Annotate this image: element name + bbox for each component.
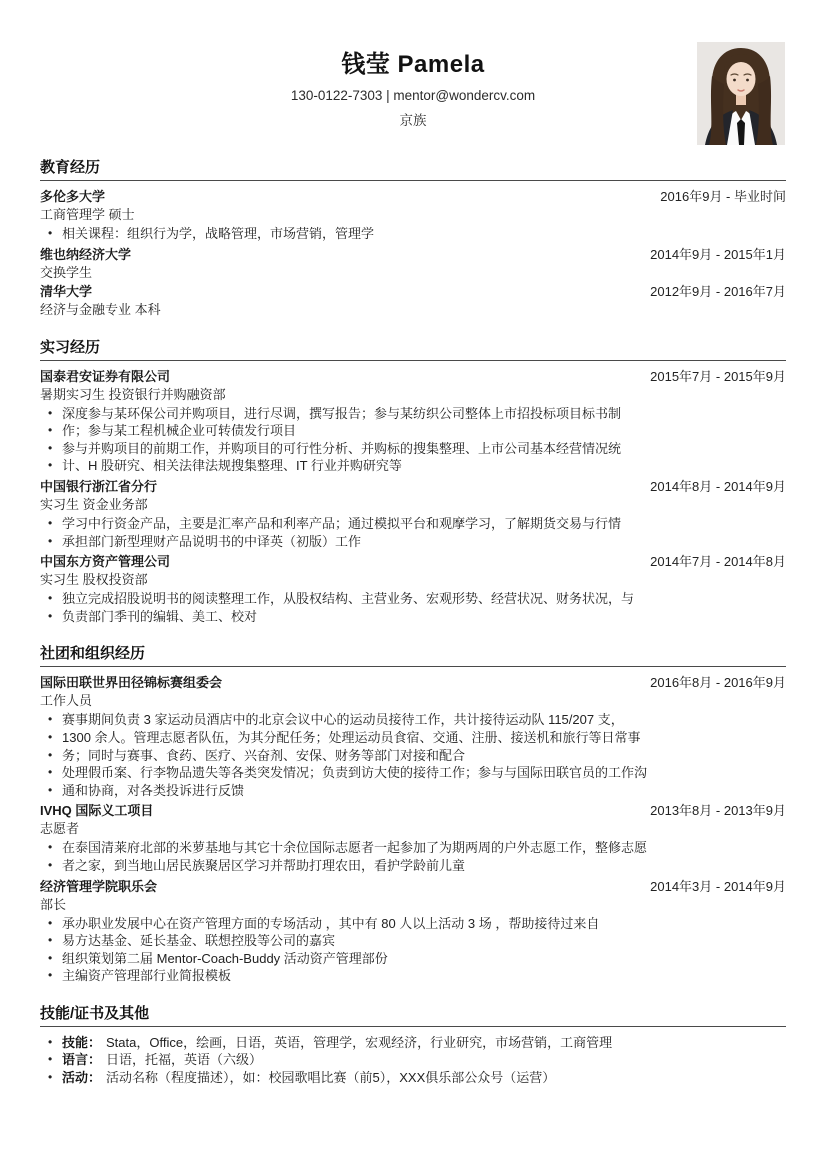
entry-role: 实习生 资金业务部 [40, 496, 786, 514]
bullet-item: 1300 余人。管理志愿者队伍，为其分配任务；处理运动员食宿、交通、注册、接送机… [40, 729, 786, 747]
entry-role: 工作人员 [40, 692, 786, 710]
entry-bullet-list: 独立完成招股说明书的阅读整理工作，从股权结构、主营业务、宏观形势、经营状况、财务… [40, 590, 786, 625]
entry-header: IVHQ 国际义工项目 2013年8月 - 2013年9月 [40, 802, 786, 820]
bullet-text: 者之家，到当地山居民族聚居区学习并帮助打理农田，看护学龄前儿童 [62, 858, 465, 873]
skill-text: 日语，托福，英语（六级） [106, 1052, 262, 1067]
resume-entry: 中国银行浙江省分行 2014年8月 - 2014年9月 实习生 资金业务部 学习… [40, 478, 786, 550]
bullet-text: 1300 余人。管理志愿者队伍，为其分配任务；处理运动员食宿、交通、注册、接送机… [62, 730, 641, 745]
bullet-text: 在泰国清莱府北部的米萝基地与其它十余位国际志愿者一起参加了为期两周的户外志愿工作… [62, 840, 647, 855]
bullet-text: 易方达基金、延长基金、联想控股等公司的嘉宾 [62, 933, 335, 948]
entry-date-range: 2014年3月 - 2014年9月 [650, 878, 786, 896]
entry-date-range: 2014年8月 - 2014年9月 [650, 478, 786, 496]
section-title: 技能/证书及其他 [40, 1002, 786, 1027]
entry-header: 中国银行浙江省分行 2014年8月 - 2014年9月 [40, 478, 786, 496]
bullet-item: 务；同时与赛事、食药、医疗、兴奋剂、安保、财务等部门对接和配合 [40, 747, 786, 765]
entry-date-range: 2016年8月 - 2016年9月 [650, 674, 786, 692]
entry-date-range: 2015年7月 - 2015年9月 [650, 368, 786, 386]
entry-bullet-list: 相关课程：组织行为学，战略管理，市场营销，管理学 [40, 225, 786, 243]
bullet-item: 作；参与某工程机械企业可转债发行项目 [40, 422, 786, 440]
skill-item: 技能：Stata，Office，绘画，日语，英语，管理学，宏观经济，行业研究，市… [40, 1034, 786, 1052]
skill-label: 语言： [62, 1052, 101, 1067]
entry-role: 暑期实习生 投资银行并购融资部 [40, 386, 786, 404]
bullet-item: 承办职业发展中心在资产管理方面的专场活动 ，其中有 80 人以上活动 3 场 ，… [40, 915, 786, 933]
bullet-item: 承担部门新型理财产品说明书的中译英（初版）工作 [40, 533, 786, 551]
entry-organization: 维也纳经济大学 [40, 246, 131, 264]
portrait-photo-icon [697, 42, 785, 145]
resume-header: 钱莹 Pamela 130-0122-7303 | mentor@wonderc… [40, 44, 786, 129]
skill-label: 活动： [62, 1070, 101, 1085]
entry-bullet-list: 深度参与某环保公司并购项目，进行尽调，撰写报告；参与某纺织公司整体上市招投标项目… [40, 405, 786, 475]
resume-entry: 中国东方资产管理公司 2014年7月 - 2014年8月 实习生 股权投资部 独… [40, 553, 786, 625]
entry-date-range: 2014年7月 - 2014年8月 [650, 553, 786, 571]
bullet-text: 参与并购项目的前期工作，并购项目的可行性分析、并购标的搜集整理、上市公司基本经营… [62, 441, 621, 456]
entry-bullet-list: 在泰国清莱府北部的米萝基地与其它十余位国际志愿者一起参加了为期两周的户外志愿工作… [40, 839, 786, 874]
resume-entry: 多伦多大学 2016年9月 - 毕业时间 工商管理学 硕士 相关课程：组织行为学… [40, 188, 786, 243]
skill-text: Stata，Office，绘画，日语，英语，管理学，宏观经济，行业研究，市场营销… [106, 1035, 612, 1050]
resume-entry: 国泰君安证券有限公司 2015年7月 - 2015年9月 暑期实习生 投资银行并… [40, 368, 786, 475]
bullet-item: 易方达基金、延长基金、联想控股等公司的嘉宾 [40, 932, 786, 950]
resume-body: 教育经历 多伦多大学 2016年9月 - 毕业时间 工商管理学 硕士 相关课程：… [40, 156, 786, 1087]
section-body: 国泰君安证券有限公司 2015年7月 - 2015年9月 暑期实习生 投资银行并… [40, 368, 786, 626]
contact-line: 130-0122-7303 | mentor@wondercv.com [40, 88, 786, 103]
bullet-item: 者之家，到当地山居民族聚居区学习并帮助打理农田，看护学龄前儿童 [40, 857, 786, 875]
section-title: 实习经历 [40, 336, 786, 361]
bullet-item: 赛事期间负责 3 家运动员酒店中的北京会议中心的运动员接待工作，共计接待运动队 … [40, 711, 786, 729]
entry-header: 国际田联世界田径锦标赛组委会 2016年8月 - 2016年9月 [40, 674, 786, 692]
section-body: 多伦多大学 2016年9月 - 毕业时间 工商管理学 硕士 相关课程：组织行为学… [40, 188, 786, 319]
bullet-item: 独立完成招股说明书的阅读整理工作，从股权结构、主营业务、宏观形势、经营状况、财务… [40, 590, 786, 608]
bullet-text: 承办职业发展中心在资产管理方面的专场活动 ，其中有 80 人以上活动 3 场 ，… [62, 916, 599, 931]
entry-role: 经济与金融专业 本科 [40, 301, 786, 319]
entry-organization: 多伦多大学 [40, 188, 105, 206]
bullet-item: 通和协商，对各类投诉进行反馈 [40, 782, 786, 800]
skill-text: 活动名称（程度描述），如：校园歌唱比赛（前5），XXX俱乐部公众号（运营） [106, 1070, 555, 1085]
bullet-item: 组织策划第二届 Mentor-Coach-Buddy 活动资产管理部份 [40, 950, 786, 968]
bullet-item: 计、H 股研究、相关法律法规搜集整理、IT 行业并购研究等 [40, 457, 786, 475]
entry-role: 志愿者 [40, 820, 786, 838]
resume-section: 教育经历 多伦多大学 2016年9月 - 毕业时间 工商管理学 硕士 相关课程：… [40, 156, 786, 319]
skill-item: 活动：活动名称（程度描述），如：校园歌唱比赛（前5），XXX俱乐部公众号（运营） [40, 1069, 786, 1087]
skill-item: 语言：日语，托福，英语（六级） [40, 1051, 786, 1069]
entry-organization: 中国银行浙江省分行 [40, 478, 157, 496]
entry-header: 维也纳经济大学 2014年9月 - 2015年1月 [40, 246, 786, 264]
entry-role: 工商管理学 硕士 [40, 206, 786, 224]
bullet-text: 赛事期间负责 3 家运动员酒店中的北京会议中心的运动员接待工作，共计接待运动队 … [62, 712, 624, 727]
entry-organization: 国泰君安证券有限公司 [40, 368, 170, 386]
section-body: 技能：Stata，Office，绘画，日语，英语，管理学，宏观经济，行业研究，市… [40, 1034, 786, 1087]
entry-header: 国泰君安证券有限公司 2015年7月 - 2015年9月 [40, 368, 786, 386]
entry-date-range: 2014年9月 - 2015年1月 [650, 246, 786, 264]
resume-section: 实习经历 国泰君安证券有限公司 2015年7月 - 2015年9月 暑期实习生 … [40, 336, 786, 626]
bullet-item: 处理假币案、行李物品遗失等各类突发情况；负责到访大使的接待工作；参与与国际田联官… [40, 764, 786, 782]
candidate-name: 钱莹 Pamela [40, 44, 786, 79]
bullet-text: 处理假币案、行李物品遗失等各类突发情况；负责到访大使的接待工作；参与与国际田联官… [62, 765, 647, 780]
entry-date-range: 2013年8月 - 2013年9月 [650, 802, 786, 820]
entry-role: 交换学生 [40, 264, 786, 282]
entry-header: 多伦多大学 2016年9月 - 毕业时间 [40, 188, 786, 206]
entry-bullet-list: 学习中行资金产品，主要是汇率产品和利率产品；通过模拟平台和观摩学习，了解期货交易… [40, 515, 786, 550]
resume-entry: IVHQ 国际义工项目 2013年8月 - 2013年9月 志愿者 在泰国清莱府… [40, 802, 786, 874]
bullet-text: 务；同时与赛事、食药、医疗、兴奋剂、安保、财务等部门对接和配合 [62, 748, 465, 763]
bullet-text: 组织策划第二届 Mentor-Coach-Buddy 活动资产管理部份 [62, 951, 388, 966]
entry-organization: 国际田联世界田径锦标赛组委会 [40, 674, 222, 692]
bullet-item: 学习中行资金产品，主要是汇率产品和利率产品；通过模拟平台和观摩学习，了解期货交易… [40, 515, 786, 533]
entry-role: 实习生 股权投资部 [40, 571, 786, 589]
bullet-text: 主编资产管理部行业简报模板 [62, 968, 231, 983]
entry-organization: 清华大学 [40, 283, 92, 301]
bullet-text: 作；参与某工程机械企业可转债发行项目 [62, 423, 296, 438]
bullet-item: 相关课程：组织行为学，战略管理，市场营销，管理学 [40, 225, 786, 243]
skills-list: 技能：Stata，Office，绘画，日语，英语，管理学，宏观经济，行业研究，市… [40, 1034, 786, 1087]
entry-header: 经济管理学院职乐会 2014年3月 - 2014年9月 [40, 878, 786, 896]
section-title: 教育经历 [40, 156, 786, 181]
bullet-text: 学习中行资金产品，主要是汇率产品和利率产品；通过模拟平台和观摩学习，了解期货交易… [62, 516, 621, 531]
entry-organization: 经济管理学院职乐会 [40, 878, 157, 896]
resume-entry: 国际田联世界田径锦标赛组委会 2016年8月 - 2016年9月 工作人员 赛事… [40, 674, 786, 799]
profile-photo [697, 42, 785, 145]
bullet-item: 深度参与某环保公司并购项目，进行尽调，撰写报告；参与某纺织公司整体上市招投标项目… [40, 405, 786, 423]
bullet-text: 独立完成招股说明书的阅读整理工作，从股权结构、主营业务、宏观形势、经营状况、财务… [62, 591, 634, 606]
resume-page: 钱莹 Pamela 130-0122-7303 | mentor@wonderc… [0, 0, 826, 1169]
entry-date-range: 2016年9月 - 毕业时间 [660, 188, 786, 206]
bullet-text: 承担部门新型理财产品说明书的中译英（初版）工作 [62, 534, 361, 549]
entry-organization: IVHQ 国际义工项目 [40, 802, 153, 820]
bullet-item: 在泰国清莱府北部的米萝基地与其它十余位国际志愿者一起参加了为期两周的户外志愿工作… [40, 839, 786, 857]
bullet-item: 主编资产管理部行业简报模板 [40, 967, 786, 985]
section-title: 社团和组织经历 [40, 642, 786, 667]
entry-role: 部长 [40, 896, 786, 914]
ethnicity-line: 京族 [40, 109, 786, 129]
resume-section: 技能/证书及其他 技能：Stata，Office，绘画，日语，英语，管理学，宏观… [40, 1002, 786, 1087]
bullet-item: 负责部门季刊的编辑、美工、校对 [40, 608, 786, 626]
section-body: 国际田联世界田径锦标赛组委会 2016年8月 - 2016年9月 工作人员 赛事… [40, 674, 786, 985]
resume-section: 社团和组织经历 国际田联世界田径锦标赛组委会 2016年8月 - 2016年9月… [40, 642, 786, 985]
bullet-text: 负责部门季刊的编辑、美工、校对 [62, 609, 257, 624]
skill-label: 技能： [62, 1035, 101, 1050]
bullet-text: 计、H 股研究、相关法律法规搜集整理、IT 行业并购研究等 [62, 458, 402, 473]
entry-header: 清华大学 2012年9月 - 2016年7月 [40, 283, 786, 301]
resume-entry: 经济管理学院职乐会 2014年3月 - 2014年9月 部长 承办职业发展中心在… [40, 878, 786, 985]
bullet-text: 通和协商，对各类投诉进行反馈 [62, 783, 244, 798]
entry-bullet-list: 承办职业发展中心在资产管理方面的专场活动 ，其中有 80 人以上活动 3 场 ，… [40, 915, 786, 985]
entry-date-range: 2012年9月 - 2016年7月 [650, 283, 786, 301]
entry-organization: 中国东方资产管理公司 [40, 553, 170, 571]
resume-entry: 维也纳经济大学 2014年9月 - 2015年1月 交换学生 [40, 246, 786, 282]
entry-bullet-list: 赛事期间负责 3 家运动员酒店中的北京会议中心的运动员接待工作，共计接待运动队 … [40, 711, 786, 799]
bullet-item: 参与并购项目的前期工作，并购项目的可行性分析、并购标的搜集整理、上市公司基本经营… [40, 440, 786, 458]
entry-header: 中国东方资产管理公司 2014年7月 - 2014年8月 [40, 553, 786, 571]
bullet-text: 相关课程：组织行为学，战略管理，市场营销，管理学 [62, 226, 374, 241]
resume-entry: 清华大学 2012年9月 - 2016年7月 经济与金融专业 本科 [40, 283, 786, 319]
bullet-text: 深度参与某环保公司并购项目，进行尽调，撰写报告；参与某纺织公司整体上市招投标项目… [62, 406, 621, 421]
